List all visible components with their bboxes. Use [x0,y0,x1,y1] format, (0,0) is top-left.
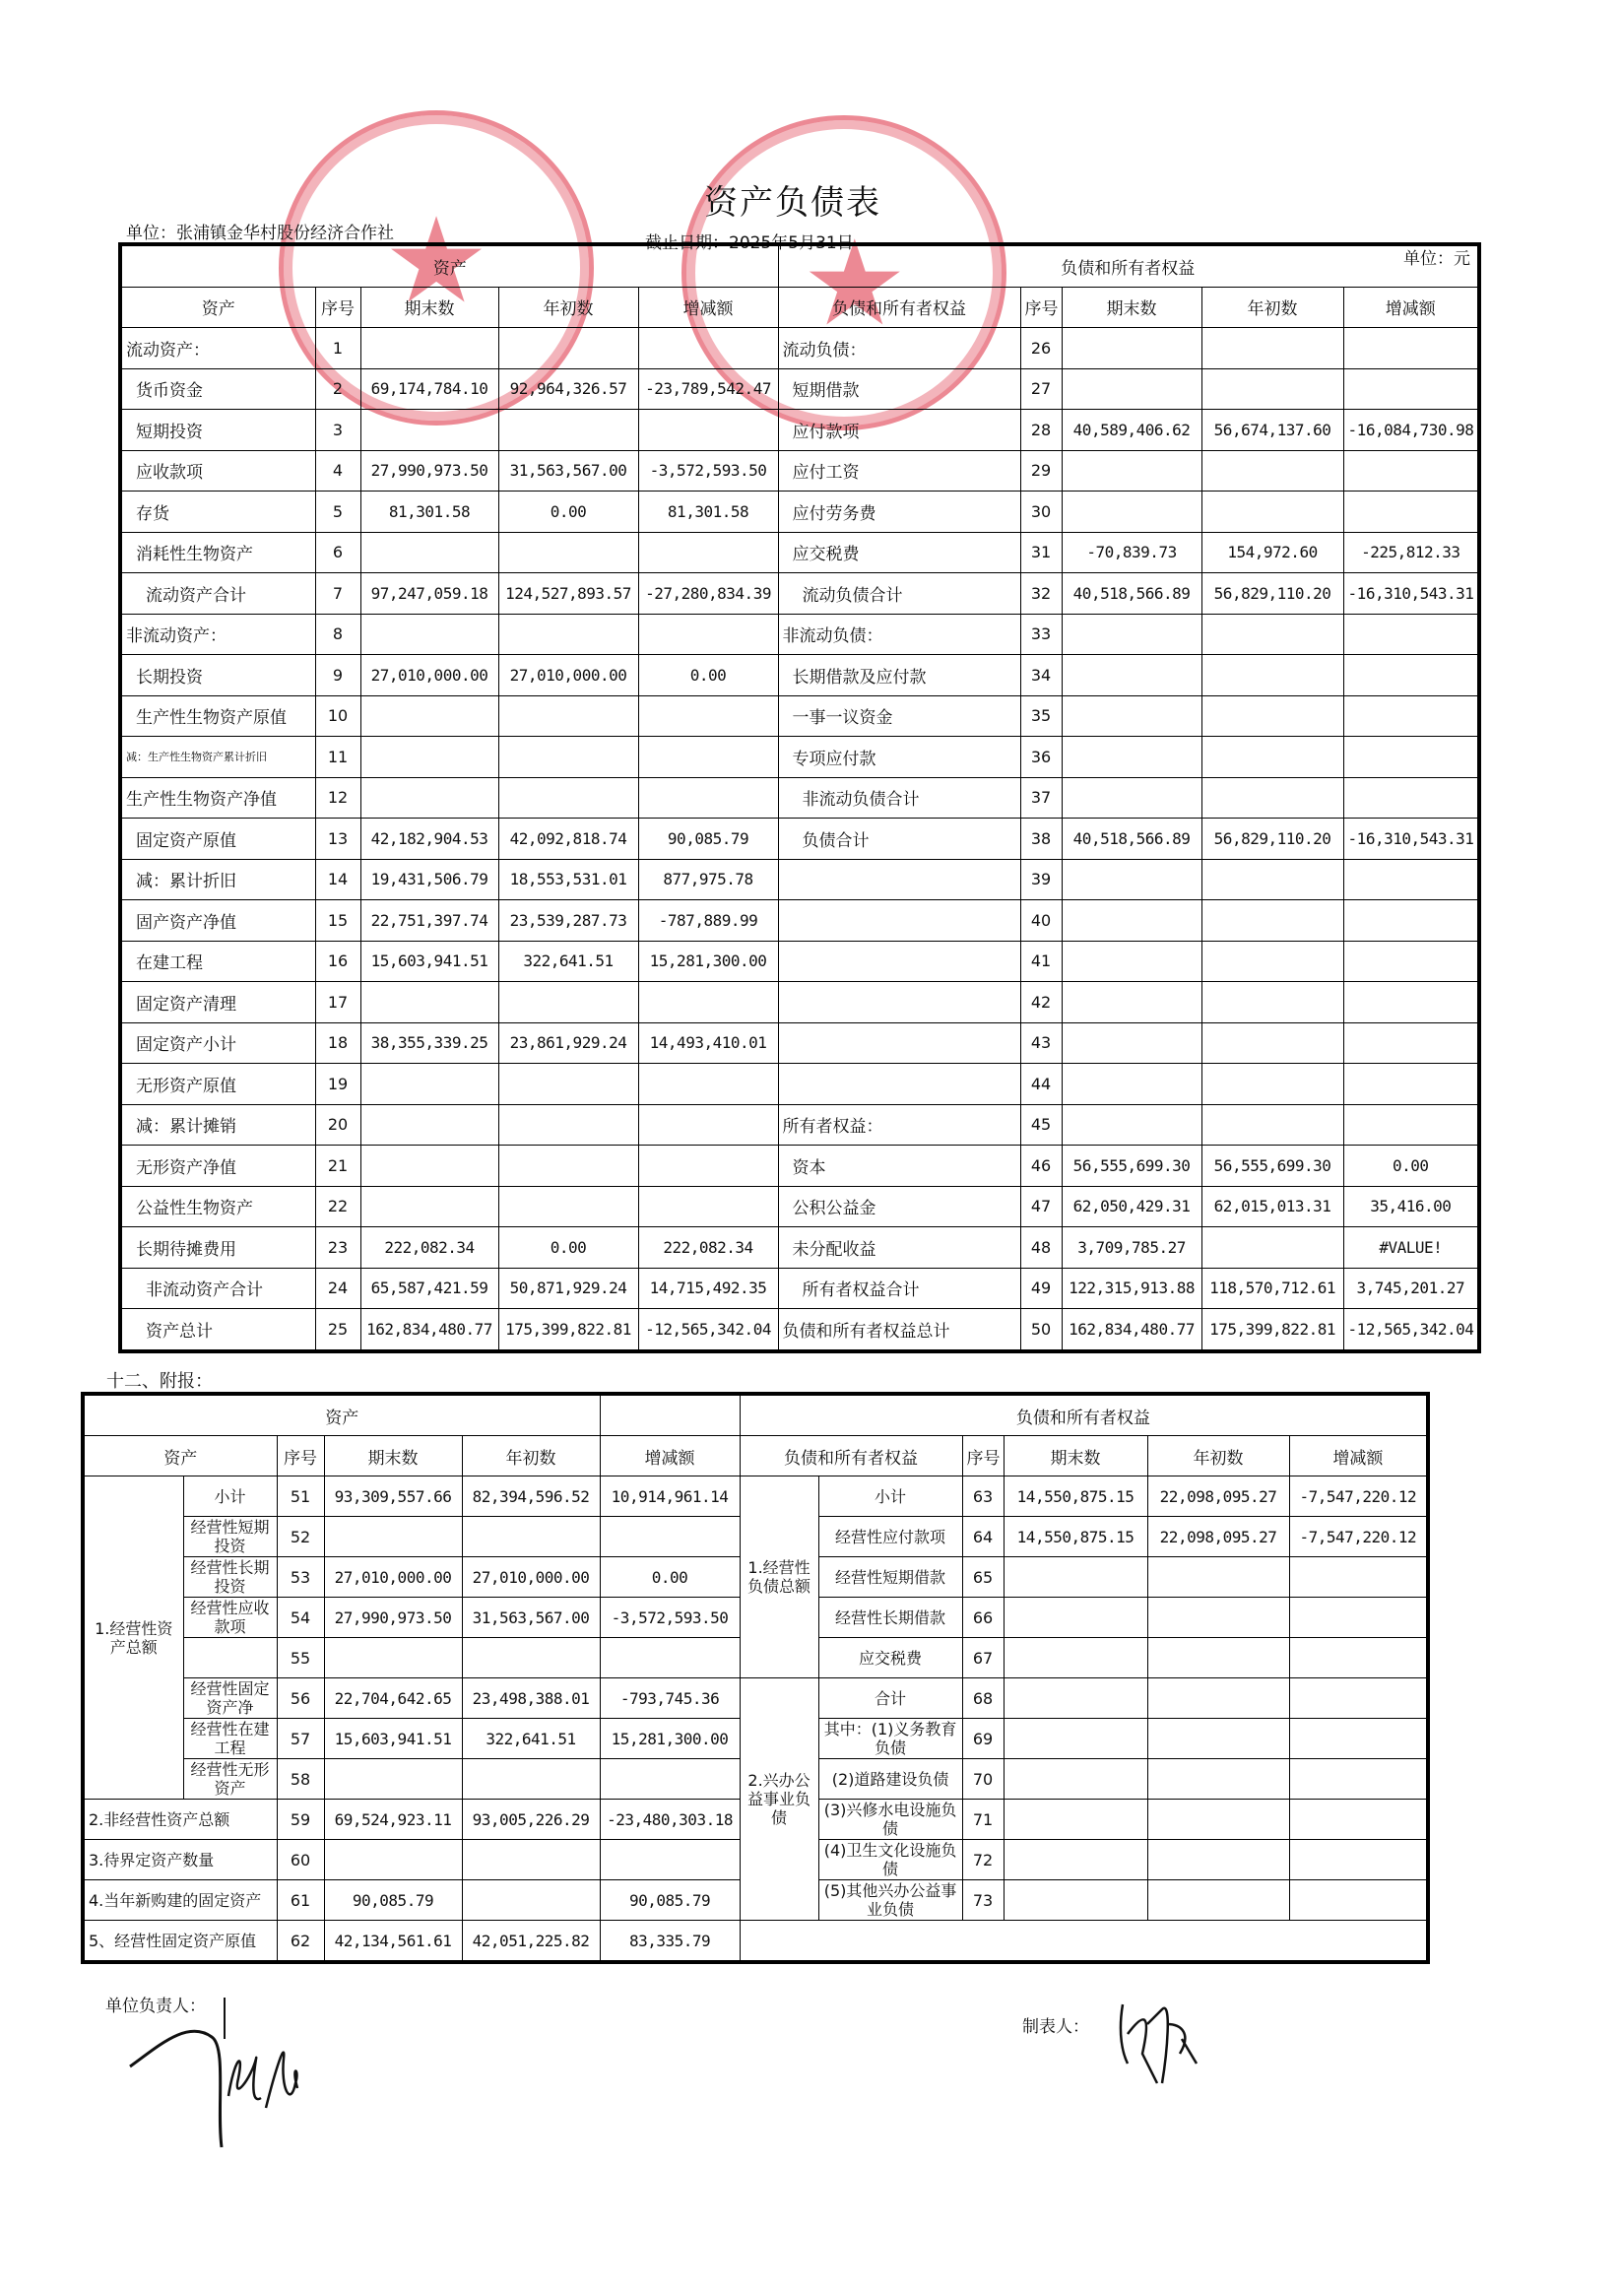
liability-seq: 27 [1020,368,1062,410]
asset-seq: 53 [277,1557,324,1598]
liability-seq: 68 [962,1678,1004,1719]
liability-seq: 40 [1020,900,1062,942]
liability-change-value [1343,492,1479,533]
liability-seq: 32 [1020,573,1062,615]
liability-sub-label: 应交税费 [818,1638,962,1678]
asset-end-value: 27,990,973.50 [324,1598,462,1638]
liability-end-value [1062,737,1201,778]
preparer-label: 制表人： [1022,2012,1089,2037]
liability-end-value [1062,777,1201,819]
asset-item-label: 2.非经营性资产总额 [83,1800,277,1840]
asset-change-value: 10,914,961.14 [600,1476,740,1517]
liability-seq: 71 [962,1800,1004,1840]
asset-item-label: 货币资金 [120,368,315,410]
liability-seq: 47 [1020,1186,1062,1227]
table-row: 流动资产合计797,247,059.18124,527,893.57-27,28… [120,573,1479,615]
liability-begin-value: 22,098,095.27 [1147,1476,1289,1517]
liability-change-value [1343,900,1479,942]
liability-begin-value [1201,737,1343,778]
liability-change-value: -7,547,220.12 [1289,1517,1428,1557]
operating-assets-group-label: 1.经营性资产总额 [83,1476,183,1800]
asset-item-label: 生产性生物资产原值 [120,695,315,737]
asset-end-value: 222,082.34 [360,1227,498,1269]
begin-column-header: 年初数 [1147,1436,1289,1476]
asset-item-label: 固定资产小计 [120,1022,315,1064]
asset-sub-label: 经营性在建工程 [183,1719,277,1759]
liability-seq: 34 [1020,655,1062,696]
asset-change-value [600,1638,740,1678]
table-row: 非流动资产合计2465,587,421.5950,871,929.2414,71… [120,1268,1479,1309]
liability-end-value: 56,555,699.30 [1062,1146,1201,1187]
asset-begin-value [462,1759,600,1800]
asset-change-value [638,1186,778,1227]
table-row: 长期投资927,010,000.0027,010,000.000.00长期借款及… [120,655,1479,696]
table-row: 货币资金269,174,784.1092,964,326.57-23,789,5… [120,368,1479,410]
liability-end-value [1004,1678,1147,1719]
liability-end-value [1062,1022,1201,1064]
liability-change-value [1343,859,1479,900]
end-column-header: 期末数 [1062,287,1201,328]
change-column-header: 增减额 [1289,1436,1428,1476]
asset-change-value: -3,572,593.50 [638,450,778,492]
liability-begin-value [1147,1557,1289,1598]
asset-seq: 22 [315,1186,360,1227]
liability-begin-value [1201,982,1343,1023]
liability-end-value [1004,1638,1147,1678]
preparer-signature [1103,1995,1251,2093]
liability-change-value [1289,1800,1428,1840]
asset-begin-value: 82,394,596.52 [462,1476,600,1517]
asset-begin-value: 322,641.51 [498,941,638,982]
asset-change-value [638,532,778,573]
asset-end-value: 42,134,561.61 [324,1921,462,1963]
liability-seq: 26 [1020,328,1062,369]
asset-seq: 12 [315,777,360,819]
end-column-header: 期末数 [324,1436,462,1476]
table-row: 减：累计摊销20所有者权益：45 [120,1104,1479,1146]
asset-seq: 7 [315,573,360,615]
change-column-header: 增减额 [600,1436,740,1476]
operating-liabilities-group-label: 1.经营性负债总额 [740,1476,818,1678]
asset-change-value: 0.00 [638,655,778,696]
asset-change-value [638,328,778,369]
liability-seq: 39 [1020,859,1062,900]
liability-change-value [1343,695,1479,737]
liab-column-header: 负债和所有者权益 [740,1436,962,1476]
liability-begin-value [1147,1800,1289,1840]
liability-end-value [1004,1557,1147,1598]
liability-seq: 69 [962,1719,1004,1759]
asset-end-value [324,1517,462,1557]
liability-change-value: 0.00 [1343,1146,1479,1187]
asset-item-label: 无形资产净值 [120,1146,315,1187]
asset-seq: 55 [277,1638,324,1678]
liability-item-label: 流动负债合计 [778,573,1020,615]
asset-item-label: 应收款项 [120,450,315,492]
asset-end-value [360,328,498,369]
asset-seq: 8 [315,614,360,655]
liability-sub-label: 经营性应付款项 [818,1517,962,1557]
asset-seq: 14 [315,859,360,900]
asset-seq: 18 [315,1022,360,1064]
liability-item-label: 非流动负债合计 [778,777,1020,819]
asset-sub-label [183,1638,277,1678]
asset-end-value [324,1840,462,1880]
table-row: 在建工程1615,603,941.51322,641.5115,281,300.… [120,941,1479,982]
appendix-table: 资产负债和所有者权益资产序号期末数年初数增减额负债和所有者权益序号期末数年初数增… [81,1392,1430,1964]
liability-seq: 64 [962,1517,1004,1557]
table-row: 固定资产清理1742 [120,982,1479,1023]
liability-begin-value: 56,829,110.20 [1201,573,1343,615]
organization-label: 单位：张浦镇金华村股份经济合作社 [126,219,394,243]
liability-end-value [1062,328,1201,369]
liability-change-value [1343,777,1479,819]
liability-change-value [1289,1678,1428,1719]
asset-seq: 54 [277,1598,324,1638]
table-row: 无形资产净值21资本4656,555,699.3056,555,699.300.… [120,1146,1479,1187]
asset-change-value [600,1840,740,1880]
liability-item-label: 长期借款及应付款 [778,655,1020,696]
asset-begin-value: 18,553,531.01 [498,859,638,900]
liability-begin-value: 56,555,699.30 [1201,1146,1343,1187]
asset-item-label: 公益性生物资产 [120,1186,315,1227]
table-row: 短期投资3应付款项2840,589,406.6256,674,137.60-16… [120,410,1479,451]
liability-change-value: -7,547,220.12 [1289,1476,1428,1517]
liability-end-value [1004,1880,1147,1921]
asset-sub-label: 经营性应收款项 [183,1598,277,1638]
liability-change-value [1343,1022,1479,1064]
liability-item-label: 所有者权益： [778,1104,1020,1146]
table-row: 固产资产净值1522,751,397.7423,539,287.73-787,8… [120,900,1479,942]
asset-sub-label: 小计 [183,1476,277,1517]
liability-end-value: 3,709,785.27 [1062,1227,1201,1269]
asset-begin-value [498,982,638,1023]
asset-item-label: 生产性生物资产净值 [120,777,315,819]
liability-change-value: 35,416.00 [1343,1186,1479,1227]
asset-end-value [360,982,498,1023]
liability-end-value [1062,492,1201,533]
liability-begin-value [1201,695,1343,737]
liability-item-label: 负债合计 [778,819,1020,860]
asset-item-label: 减：累计折旧 [120,859,315,900]
liability-end-value [1062,368,1201,410]
balance-sheet-table: 资产负债和所有者权益资产序号期末数年初数增减额负债和所有者权益序号期末数年初数增… [118,242,1481,1353]
liability-change-value [1343,1104,1479,1146]
liability-change-value [1343,737,1479,778]
asset-end-value: 93,309,557.66 [324,1476,462,1517]
asset-end-value [324,1759,462,1800]
asset-change-value: 90,085.79 [600,1880,740,1921]
table-row: 流动资产：1流动负债：26 [120,328,1479,369]
liability-begin-value [1201,1064,1343,1105]
liability-item-label [778,982,1020,1023]
asset-change-value [600,1759,740,1800]
asset-begin-value [498,328,638,369]
asset-begin-value: 124,527,893.57 [498,573,638,615]
liability-end-value [1062,655,1201,696]
begin-column-header: 年初数 [498,287,638,328]
asset-end-value: 162,834,480.77 [360,1309,498,1351]
liability-begin-value [1147,1840,1289,1880]
asset-end-value: 27,990,973.50 [360,450,498,492]
asset-item-label: 长期待摊费用 [120,1227,315,1269]
liability-begin-value [1201,655,1343,696]
liability-end-value [1062,1104,1201,1146]
asset-seq: 6 [315,532,360,573]
table-row: 固定资产原值1342,182,904.5342,092,818.7490,085… [120,819,1479,860]
asset-begin-value: 31,563,567.00 [498,450,638,492]
liability-change-value [1289,1557,1428,1598]
liability-change-value [1289,1638,1428,1678]
liability-seq: 50 [1020,1309,1062,1351]
liability-change-value [1343,655,1479,696]
liability-end-value: 14,550,875.15 [1004,1476,1147,1517]
liability-sub-label: 小计 [818,1476,962,1517]
liability-seq: 28 [1020,410,1062,451]
table-row: 资产总计25162,834,480.77175,399,822.81-12,56… [120,1309,1479,1351]
liability-item-label: 流动负债： [778,328,1020,369]
table-row: 1.经营性资产总额小计5193,309,557.6682,394,596.521… [83,1476,1428,1517]
seq-column-header: 序号 [1020,287,1062,328]
asset-begin-value: 92,964,326.57 [498,368,638,410]
asset-end-value [360,777,498,819]
asset-begin-value [498,695,638,737]
liability-end-value [1004,1759,1147,1800]
asset-seq: 51 [277,1476,324,1517]
liability-end-value [1004,1800,1147,1840]
liability-begin-value [1201,1104,1343,1146]
asset-seq: 52 [277,1517,324,1557]
liability-seq: 67 [962,1638,1004,1678]
asset-seq: 17 [315,982,360,1023]
liability-sub-label: 经营性长期借款 [818,1598,962,1638]
seq-column-header: 序号 [315,287,360,328]
liability-change-value [1289,1719,1428,1759]
asset-sub-label: 经营性长期投资 [183,1557,277,1598]
liability-item-label: 负债和所有者权益总计 [778,1309,1020,1351]
asset-seq: 56 [277,1678,324,1719]
liability-end-value [1062,900,1201,942]
asset-change-value: -3,572,593.50 [600,1598,740,1638]
asset-change-value [638,614,778,655]
liability-end-value [1062,450,1201,492]
liability-change-value [1343,1064,1479,1105]
asset-begin-value: 23,539,287.73 [498,900,638,942]
asset-end-value: 22,704,642.65 [324,1678,462,1719]
liability-end-value [1062,982,1201,1023]
liability-item-label: 应付劳务费 [778,492,1020,533]
table-row: 存货581,301.580.0081,301.58应付劳务费30 [120,492,1479,533]
asset-end-value [360,737,498,778]
liability-seq: 31 [1020,532,1062,573]
asset-item-label: 短期投资 [120,410,315,451]
liability-seq: 73 [962,1880,1004,1921]
asset-end-value: 19,431,506.79 [360,859,498,900]
liability-item-label: 应付工资 [778,450,1020,492]
liability-change-value [1343,368,1479,410]
change-column-header: 增减额 [1343,287,1479,328]
asset-begin-value: 50,871,929.24 [498,1268,638,1309]
column-header-row: 资产序号期末数年初数增减额负债和所有者权益序号期末数年初数增减额 [120,287,1479,328]
asset-change-value: 15,281,300.00 [638,941,778,982]
asset-change-value [638,1104,778,1146]
blank-cell [740,1921,1428,1963]
liability-begin-value [1147,1638,1289,1678]
asset-end-value: 69,174,784.10 [360,368,498,410]
liability-begin-value [1147,1678,1289,1719]
asset-sub-label: 经营性固定资产净 [183,1678,277,1719]
table-row: 生产性生物资产原值10一事一议资金35 [120,695,1479,737]
asset-end-value [360,1064,498,1105]
asset-begin-value [498,1186,638,1227]
liabilities-group-header: 负债和所有者权益 [778,244,1479,287]
liability-begin-value: 118,570,712.61 [1201,1268,1343,1309]
asset-begin-value [498,614,638,655]
liability-begin-value: 62,015,013.31 [1201,1186,1343,1227]
asset-end-value: 65,587,421.59 [360,1268,498,1309]
asset-begin-value: 175,399,822.81 [498,1309,638,1351]
liability-begin-value [1201,900,1343,942]
asset-end-value: 69,524,923.11 [324,1800,462,1840]
liability-begin-value [1201,328,1343,369]
asset-change-value [638,695,778,737]
asset-change-value: -27,280,834.39 [638,573,778,615]
liability-seq: 38 [1020,819,1062,860]
asset-change-value: -787,889.99 [638,900,778,942]
liability-end-value [1004,1598,1147,1638]
asset-item-label: 固定资产原值 [120,819,315,860]
asset-change-value: 14,493,410.01 [638,1022,778,1064]
asset-item-label: 非流动资产： [120,614,315,655]
asset-change-value: -23,789,542.47 [638,368,778,410]
liability-item-label: 应交税费 [778,532,1020,573]
asset-change-value: 877,975.78 [638,859,778,900]
asset-begin-value: 23,861,929.24 [498,1022,638,1064]
liability-item-label: 专项应付款 [778,737,1020,778]
liability-seq: 42 [1020,982,1062,1023]
liability-item-label: 公积公益金 [778,1186,1020,1227]
liability-sub-label: (5)其他兴办公益事业负债 [818,1880,962,1921]
liability-seq: 30 [1020,492,1062,533]
asset-seq: 5 [315,492,360,533]
asset-change-value: -793,745.36 [600,1678,740,1719]
asset-item-label: 流动资产合计 [120,573,315,615]
asset-item-label: 资产总计 [120,1309,315,1351]
liability-item-label: 非流动负债： [778,614,1020,655]
asset-begin-value [498,532,638,573]
asset-change-value: 81,301.58 [638,492,778,533]
liability-sub-label: (4)卫生文化设施负债 [818,1840,962,1880]
liability-seq: 44 [1020,1064,1062,1105]
asset-begin-value [462,1880,600,1921]
liability-end-value: 40,518,566.89 [1062,819,1201,860]
asset-begin-value: 93,005,226.29 [462,1800,600,1840]
liability-end-value: 122,315,913.88 [1062,1268,1201,1309]
asset-end-value: 97,247,059.18 [360,573,498,615]
assets-group-header: 资产 [120,244,778,287]
table-row: 减：生产性生物资产累计折旧11专项应付款36 [120,737,1479,778]
group-header-row: 资产负债和所有者权益 [83,1394,1428,1436]
asset-item-label: 5、经营性固定资产原值 [83,1921,277,1963]
liability-item-label [778,941,1020,982]
liability-end-value: -70,839.73 [1062,532,1201,573]
end-column-header: 期末数 [360,287,498,328]
liability-end-value [1004,1840,1147,1880]
liability-change-value: #VALUE! [1343,1227,1479,1269]
asset-begin-value [498,1064,638,1105]
change-column-header: 增减额 [638,287,778,328]
liability-end-value [1062,614,1201,655]
asset-end-value [360,1146,498,1187]
liability-item-label [778,1064,1020,1105]
table-row: 消耗性生物资产6应交税费31-70,839.73154,972.60-225,8… [120,532,1479,573]
liability-begin-value [1201,1022,1343,1064]
liability-seq: 29 [1020,450,1062,492]
liability-seq: 45 [1020,1104,1062,1146]
group-header-row: 资产负债和所有者权益 [120,244,1479,287]
asset-begin-value [498,410,638,451]
liability-change-value [1343,982,1479,1023]
seq-column-header: 序号 [962,1436,1004,1476]
column-header-row: 资产序号期末数年初数增减额负债和所有者权益序号期末数年初数增减额 [83,1436,1428,1476]
table-row: 应收款项427,990,973.5031,563,567.00-3,572,59… [120,450,1479,492]
table-row: 公益性生物资产22公积公益金4762,050,429.3162,015,013.… [120,1186,1479,1227]
liability-change-value: -16,310,543.31 [1343,573,1479,615]
asset-seq: 2 [315,368,360,410]
liability-seq: 41 [1020,941,1062,982]
unit-head-label: 单位负责人： [105,1992,206,2016]
asset-end-value [360,532,498,573]
asset-end-value [360,1104,498,1146]
asset-change-value [638,1146,778,1187]
liability-item-label: 未分配收益 [778,1227,1020,1269]
liability-end-value: 62,050,429.31 [1062,1186,1201,1227]
asset-seq: 59 [277,1800,324,1840]
liability-seq: 70 [962,1759,1004,1800]
liability-begin-value [1201,777,1343,819]
liability-change-value [1343,328,1479,369]
liability-end-value [1062,941,1201,982]
liability-begin-value [1147,1759,1289,1800]
asset-seq: 3 [315,410,360,451]
liability-change-value: -225,812.33 [1343,532,1479,573]
appendix-label: 十二、附报： [106,1367,213,1393]
asset-seq: 61 [277,1880,324,1921]
liability-change-value [1289,1759,1428,1800]
liability-seq: 48 [1020,1227,1062,1269]
asset-seq: 1 [315,328,360,369]
end-column-header: 期末数 [1004,1436,1147,1476]
asset-column-header: 资产 [120,287,315,328]
asset-seq: 23 [315,1227,360,1269]
table-row: 生产性生物资产净值12非流动负债合计37 [120,777,1479,819]
asset-begin-value [498,1104,638,1146]
asset-begin-value: 0.00 [498,1227,638,1269]
asset-begin-value [498,777,638,819]
asset-end-value [324,1638,462,1678]
asset-change-value: 14,715,492.35 [638,1268,778,1309]
asset-item-label: 4.当年新购建的固定资产 [83,1880,277,1921]
table-row: 无形资产原值1944 [120,1064,1479,1105]
liability-seq: 46 [1020,1146,1062,1187]
table-row: 固定资产小计1838,355,339.2523,861,929.2414,493… [120,1022,1479,1064]
liability-begin-value [1201,614,1343,655]
liability-item-label: 资本 [778,1146,1020,1187]
asset-seq: 9 [315,655,360,696]
liability-item-label: 应付款项 [778,410,1020,451]
liability-change-value [1343,450,1479,492]
liability-begin-value: 22,098,095.27 [1147,1517,1289,1557]
